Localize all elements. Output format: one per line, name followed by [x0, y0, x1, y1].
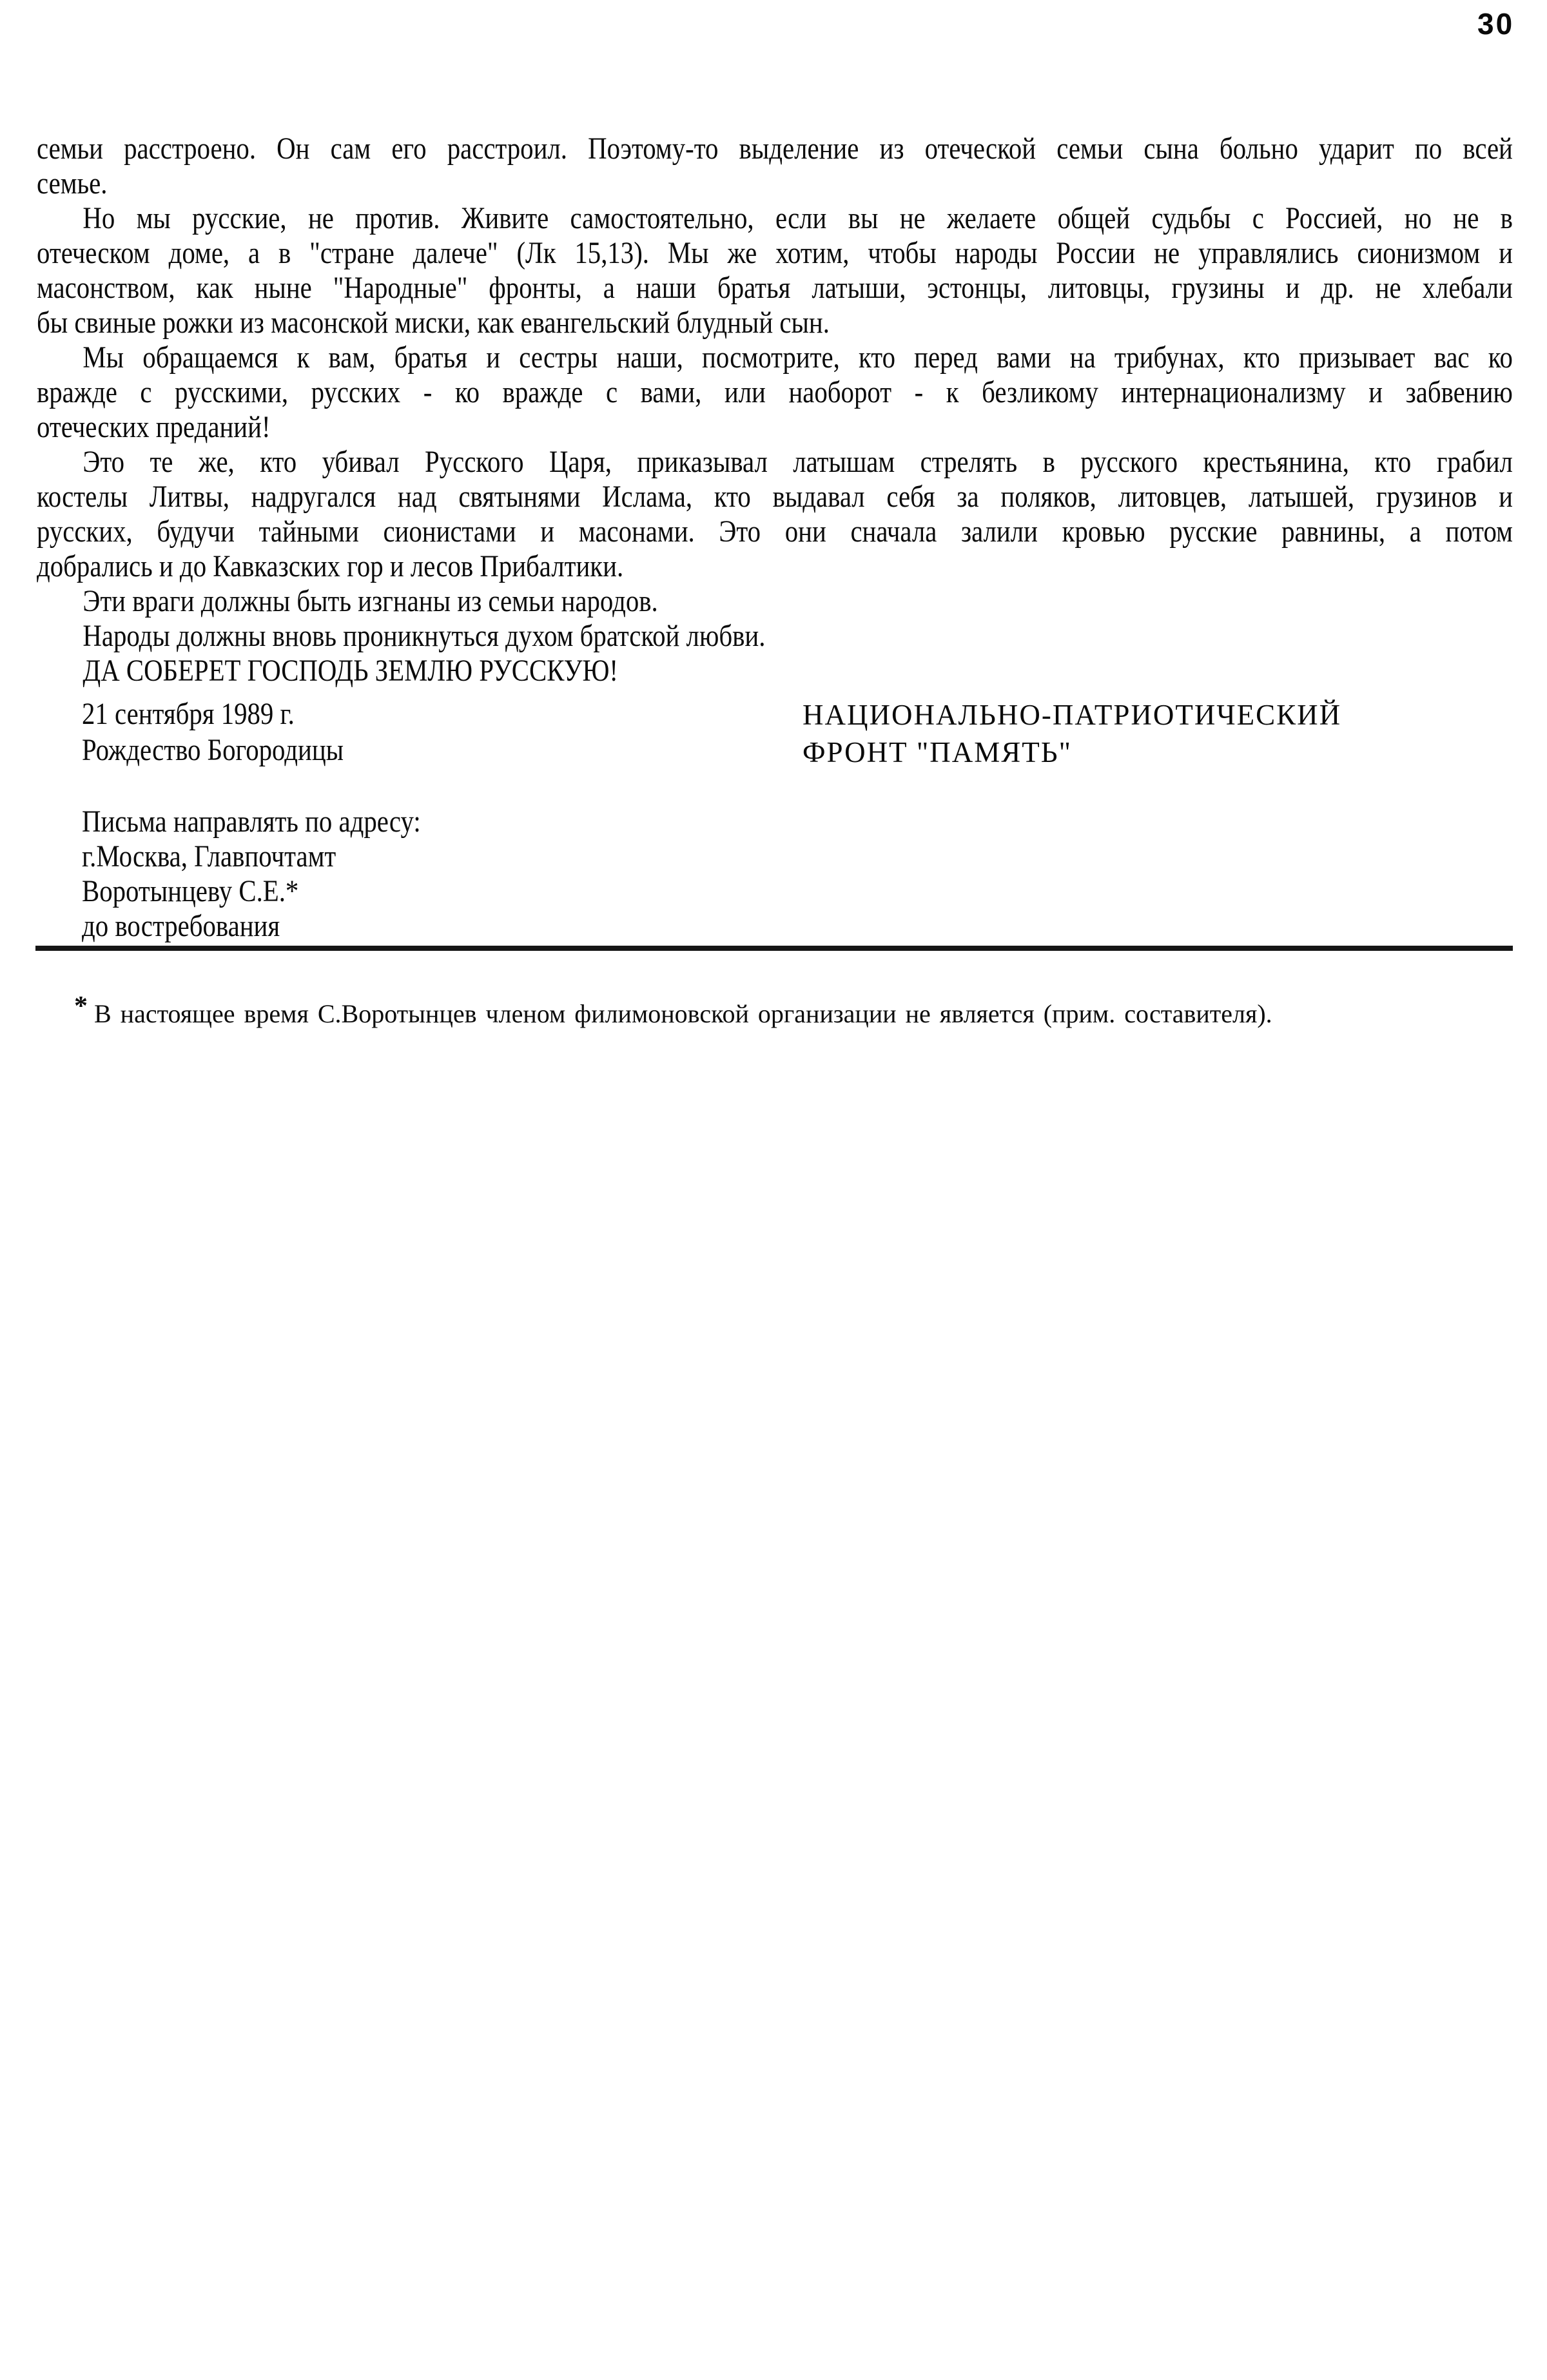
signature-org-block: НАЦИОНАЛЬНО-ПАТРИОТИЧЕСКИЙ ФРОНТ "ПАМЯТЬ…	[803, 696, 1341, 771]
text-line: масонством, как ныне "Народные" фронты, …	[37, 271, 1513, 306]
org-name-line: ФРОНТ "ПАМЯТЬ"	[803, 734, 1341, 771]
footnote-separator-rule	[35, 946, 1513, 951]
mailing-address-block: Письма направлять по адресу: г.Москва, Г…	[82, 805, 1113, 944]
text-line: русских, будучи тайными сионистами и мас…	[37, 514, 1513, 549]
text-line: вражде с русскими, русских - ко вражде с…	[37, 375, 1513, 410]
footnote: *В настоящее время С.Воротынцев членом ф…	[74, 998, 1428, 1030]
text-line: отеческих преданий!	[37, 410, 1513, 445]
address-line: Воротынцеву С.Е.*	[82, 874, 958, 909]
holiday-line: Рождество Богородицы	[82, 732, 849, 768]
text-line: Народы должны вновь проникнуться духом б…	[37, 619, 1513, 654]
address-line: до востребования	[82, 909, 958, 944]
text-line: бы свиные рожки из масонской миски, как …	[37, 306, 1513, 340]
address-line: Письма направлять по адресу:	[82, 805, 958, 839]
text-line: ДА СОБЕРЕТ ГОСПОДЬ ЗЕМЛЮ РУССКУЮ!	[37, 654, 1513, 688]
text-line: костелы Литвы, надругался над святынями …	[37, 480, 1513, 514]
text-line: добрались и до Кавказских гор и лесов Пр…	[37, 549, 1513, 584]
page-number: 30	[1477, 6, 1514, 41]
footnote-text: В настоящее время С.Воротынцев членом фи…	[94, 999, 1272, 1028]
text-line: отеческом доме, а в "стране далече" (Лк …	[37, 236, 1513, 271]
body-text: семьи расстроено. Он сам его расстроил. …	[37, 132, 1513, 688]
footnote-asterisk: *	[74, 991, 88, 1021]
text-line: семьи расстроено. Он сам его расстроил. …	[37, 132, 1513, 166]
text-line: Но мы русские, не против. Живите самосто…	[37, 201, 1513, 236]
address-line: г.Москва, Главпочтамт	[82, 839, 958, 874]
text-line: семье.	[37, 166, 1513, 201]
document-page: 30 семьи расстроено. Он сам его расстрои…	[0, 0, 1547, 2380]
text-line: Эти враги должны быть изгнаны из семьи н…	[37, 584, 1513, 619]
org-name-line: НАЦИОНАЛЬНО-ПАТРИОТИЧЕСКИЙ	[803, 696, 1341, 734]
text-line: Мы обращаемся к вам, братья и сестры наш…	[37, 340, 1513, 375]
text-line: Это те же, кто убивал Русского Царя, при…	[37, 445, 1513, 480]
date-line: 21 сентября 1989 г.	[82, 696, 849, 732]
